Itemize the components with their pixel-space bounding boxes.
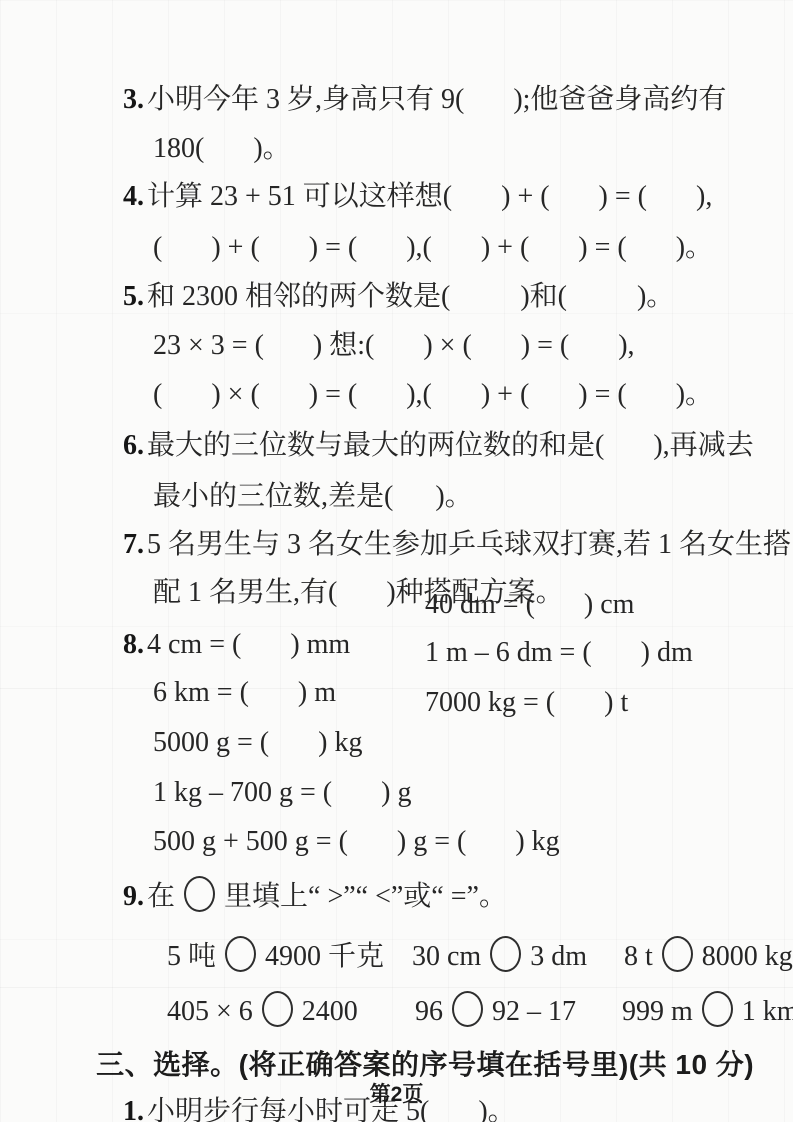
question-9-row-1: 5 吨4900 千克 30 cm3 dm 8 t8000 kg <box>0 891 793 935</box>
question-6-line-1: 6.最大的三位数与最大的两位数的和是( ),再减去 <box>95 386 754 426</box>
comparison-item: 30 cm3 dm <box>370 891 587 935</box>
question-6-line-2: 最小的三位数,差是( )。 <box>125 437 473 477</box>
question-8-row-5: 500 g + 500 g = ( ) g = ( ) kg <box>125 782 560 822</box>
question-3-line-2: 180( )。 <box>125 89 291 129</box>
question-9-header: 9.在里填上“ >”“ <”或“ =”。 <box>95 836 507 876</box>
worksheet-page: 3.小明今年 3 岁,身高只有 9( );他爸爸身高约有 180( )。 4.计… <box>0 0 793 1122</box>
question-5-line-3: ( ) × ( ) = ( ),( ) + ( ) = ( )。 <box>125 335 713 375</box>
question-8-row-2: 6 km = ( ) m 1 m – 6 dm = ( ) dm <box>125 633 773 673</box>
question-8-row-1: 8.4 cm = ( ) mm 40 dm = ( ) cm <box>95 585 773 625</box>
comparison-item: 8 t8000 kg <box>582 891 793 935</box>
question-8-r1-right: 40 dm = ( ) cm <box>425 585 634 625</box>
question-8-r2-right: 1 m – 6 dm = ( ) dm <box>425 633 693 673</box>
page-number: 第2页 <box>0 1080 793 1110</box>
comparison-item: 5 吨4900 千克 <box>125 891 384 935</box>
question-8-row-3: 5000 g = ( ) kg 7000 kg = ( ) t <box>125 683 773 723</box>
comparison-item: 9692 – 17 <box>373 946 576 990</box>
question-7-line-1: 7.5 名男生与 3 名女生参加乒乓球双打赛,若 1 名女生搭 <box>95 485 791 525</box>
page-number-label: 第2页 <box>370 1083 424 1106</box>
question-4-line-1: 4.计算 23 + 51 可以这样想( ) + ( ) = ( ), <box>95 137 712 177</box>
question-5-line-2: 23 × 3 = ( ) 想:( ) × ( ) = ( ), <box>125 286 635 326</box>
question-5-line-1: 5.和 2300 相邻的两个数是( )和( )。 <box>95 237 674 277</box>
question-7-line-2: 配 1 名男生,有( )种搭配方案。 <box>125 533 564 573</box>
section-3-title: 三、选择。(将正确答案的序号填在括号里)(共 10 分) <box>63 1005 754 1045</box>
question-9-row-2: 405 × 62400 9692 – 17 999 m1 km <box>0 946 793 990</box>
question-3-line-1: 3.小明今年 3 岁,身高只有 9( );他爸爸身高约有 <box>95 40 726 80</box>
question-8-r3-right: 7000 kg = ( ) t <box>425 683 628 723</box>
question-4-line-2: ( ) + ( ) = ( ),( ) + ( ) = ( )。 <box>125 188 713 228</box>
question-8-row-4: 1 kg – 700 g = ( ) g <box>125 733 411 773</box>
comparison-item: 405 × 62400 <box>125 946 358 990</box>
comparison-item: 999 m1 km <box>580 946 793 990</box>
